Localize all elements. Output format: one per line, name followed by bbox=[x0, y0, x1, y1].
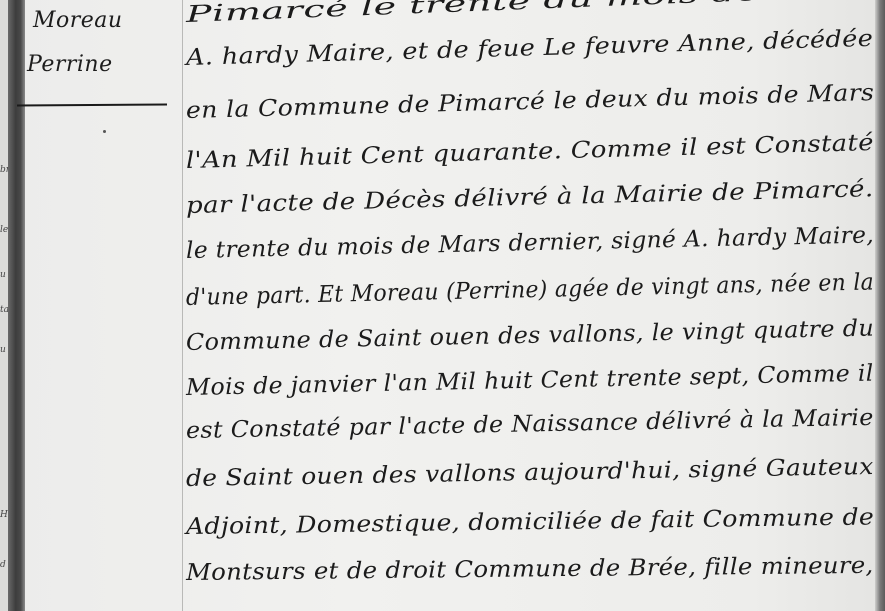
margin-divider-rule bbox=[17, 103, 167, 106]
ink-speck bbox=[103, 130, 106, 133]
body-line-5: par l'acte de Décès délivré à la Mairie … bbox=[186, 176, 874, 219]
entry-body: Pimarcé le trente du mois de Mars A. har… bbox=[186, 0, 876, 611]
body-line-6: le trente du mois de Mars dernier, signé… bbox=[186, 222, 875, 264]
body-line-9: Mois de janvier l'an Mil huit Cent trent… bbox=[186, 361, 874, 401]
body-line-7: d'une part. Et Moreau (Perrine) agée de … bbox=[186, 269, 875, 311]
body-line-3: en la Commune de Pimarcé le deux du mois… bbox=[186, 80, 875, 124]
previous-page-fragments: bre le u ta u Ho d bbox=[0, 0, 8, 611]
body-line-1: Pimarcé le trente du mois de Mars bbox=[186, 0, 874, 28]
fragment: u bbox=[0, 270, 6, 280]
body-line-2: A. hardy Maire, et de feue Le feuvre Ann… bbox=[186, 26, 874, 71]
body-line-10: est Constaté par l'acte de Naissance dél… bbox=[186, 405, 874, 444]
fragment: d bbox=[0, 560, 6, 570]
book-binding-gutter bbox=[8, 0, 25, 611]
margin-column: Moreau Perrine bbox=[25, 0, 183, 611]
body-line-12: Adjoint, Domestique, domiciliée de fait … bbox=[186, 504, 874, 540]
page-right-edge-shadow bbox=[875, 0, 885, 611]
body-line-11: de Saint ouen des vallons aujourd'hui, s… bbox=[186, 454, 874, 492]
fragment: u bbox=[0, 345, 6, 355]
fragment: le bbox=[0, 225, 8, 235]
margin-given-name: Perrine bbox=[27, 52, 185, 77]
register-page: bre le u ta u Ho d Moreau Perrine Pimarc… bbox=[0, 0, 885, 611]
body-line-8: Commune de Saint ouen des vallons, le vi… bbox=[186, 316, 875, 356]
body-line-4: l'An Mil huit Cent quarante. Comme il es… bbox=[186, 130, 874, 174]
body-line-13: Montsurs et de droit Commune de Brée, fi… bbox=[186, 553, 874, 586]
margin-surname: Moreau bbox=[33, 8, 191, 33]
margin-ruling-line bbox=[182, 0, 183, 611]
